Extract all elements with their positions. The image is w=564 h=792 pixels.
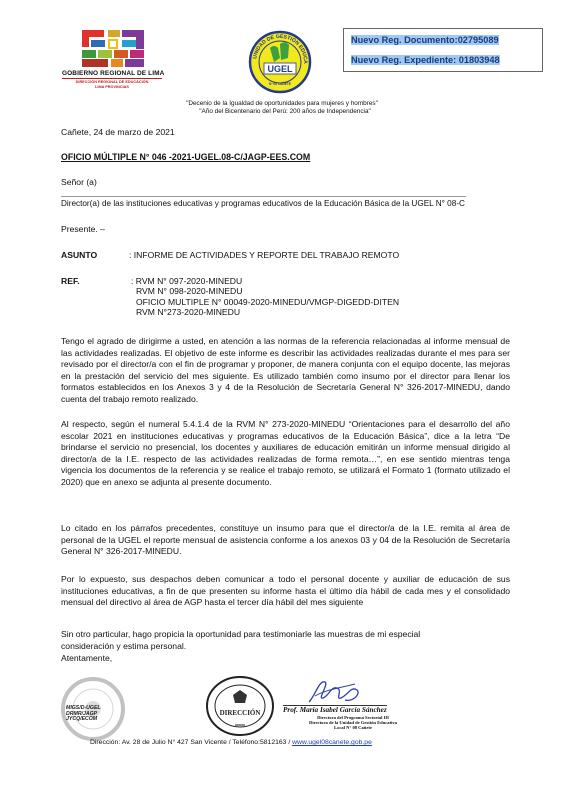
anio-text: "Año del Bicentenario del Perú: 200 años…: [0, 108, 564, 116]
asunto-value: : INFORME DE ACTIVIDADES Y REPORTE DEL T…: [129, 250, 399, 261]
svg-text:Nº 08 CAÑETE: Nº 08 CAÑETE: [269, 81, 291, 86]
initials-line: JYCQ/ECOM: [66, 717, 101, 723]
documento-label: Nuevo Reg. Documento:: [351, 35, 458, 45]
subtitle-line-2: LIMA PROVINCIAS: [62, 85, 162, 90]
oficio-number: OFICIO MÚLTIPLE N° 046 -2021-UGEL.08-C/J…: [61, 152, 310, 162]
letter-date: Cañete, 24 de marzo de 2021: [61, 127, 175, 138]
presente: Presente. –: [61, 224, 105, 235]
signer-role: Local N° 08 Cañete: [283, 725, 423, 730]
signer-name: Prof. María Isabel García Sánchez: [283, 705, 387, 714]
reference-item: RVM N° 098-2020-MINEDU: [131, 286, 399, 296]
decenio-text: "Decenio de la Igualdad de oportunidades…: [0, 100, 564, 108]
paragraph-2: Al respecto, según el numeral 5.4.1.4 de…: [61, 419, 510, 489]
gobierno-regional-lima-logo: [78, 28, 146, 70]
expediente-label: Nuevo Reg. Expediente:: [351, 55, 456, 65]
closing: Atentamente,: [61, 653, 112, 664]
registro-documento: Nuevo Reg. Documento:02795089: [351, 35, 499, 45]
svg-text:UGEL: UGEL: [267, 64, 293, 74]
gobierno-regional-subtitle: DIRECCIÓN REGIONAL DE EDUCACIÓN LIMA PRO…: [62, 80, 162, 90]
reference-list: : RVM N° 097-2020-MINEDU RVM N° 098-2020…: [131, 276, 399, 318]
paragraph-5: Sin otro particular, hago propicia la op…: [61, 629, 461, 652]
paragraph-1: Tengo el agrado de dirigirme a usted, en…: [61, 336, 510, 406]
asunto-label: ASUNTO: [61, 250, 97, 261]
paragraph-4: Por lo expuesto, sus despachos deben com…: [61, 574, 510, 609]
salutation: Señor (a): [61, 177, 97, 188]
recipient-divider: [61, 196, 466, 197]
paragraph-3: Lo citado en los párrafos precedentes, c…: [61, 523, 510, 558]
ref-label: REF.: [61, 276, 80, 287]
address-text: Dirección: Av. 28 de Julio N° 427 San Vi…: [90, 739, 292, 746]
reference-item: : RVM N° 097-2020-MINEDU: [131, 276, 399, 286]
svg-text:DIRECCIÓN: DIRECCIÓN: [220, 709, 261, 717]
decenio-header: "Decenio de la Igualdad de oportunidades…: [0, 100, 564, 116]
direccion-stamp-icon: DIRECCIÓN: [205, 675, 275, 737]
website-link[interactable]: www.ugel08canete.gob.pe: [292, 739, 372, 746]
ugel-logo: UNIDAD DE GESTIÓN EDUCATIVA LOCAL UGEL N…: [248, 30, 312, 94]
registro-expediente: Nuevo Reg. Expediente: 01803948: [351, 55, 500, 65]
footer-address: Dirección: Av. 28 de Julio N° 427 San Vi…: [90, 739, 372, 746]
reference-item: OFICIO MULTIPLE N° 00049-2020-MINEDU/VMG…: [131, 297, 399, 307]
recipient: Director(a) de las instituciones educati…: [61, 199, 465, 208]
registry-box: Nuevo Reg. Documento:02795089 Nuevo Reg.…: [343, 28, 543, 72]
initials-block: MIGS/D-UGEL DRMR/JAGP JYCQ/ECOM: [66, 706, 101, 723]
gobierno-regional-name: GOBIERNO REGIONAL DE LIMA: [62, 70, 162, 79]
handwritten-signature-icon: [305, 676, 365, 706]
expediente-value: 01803948: [459, 55, 500, 65]
reference-item: RVM N°273-2020-MINEDU: [131, 307, 399, 317]
documento-value: 02795089: [458, 35, 499, 45]
